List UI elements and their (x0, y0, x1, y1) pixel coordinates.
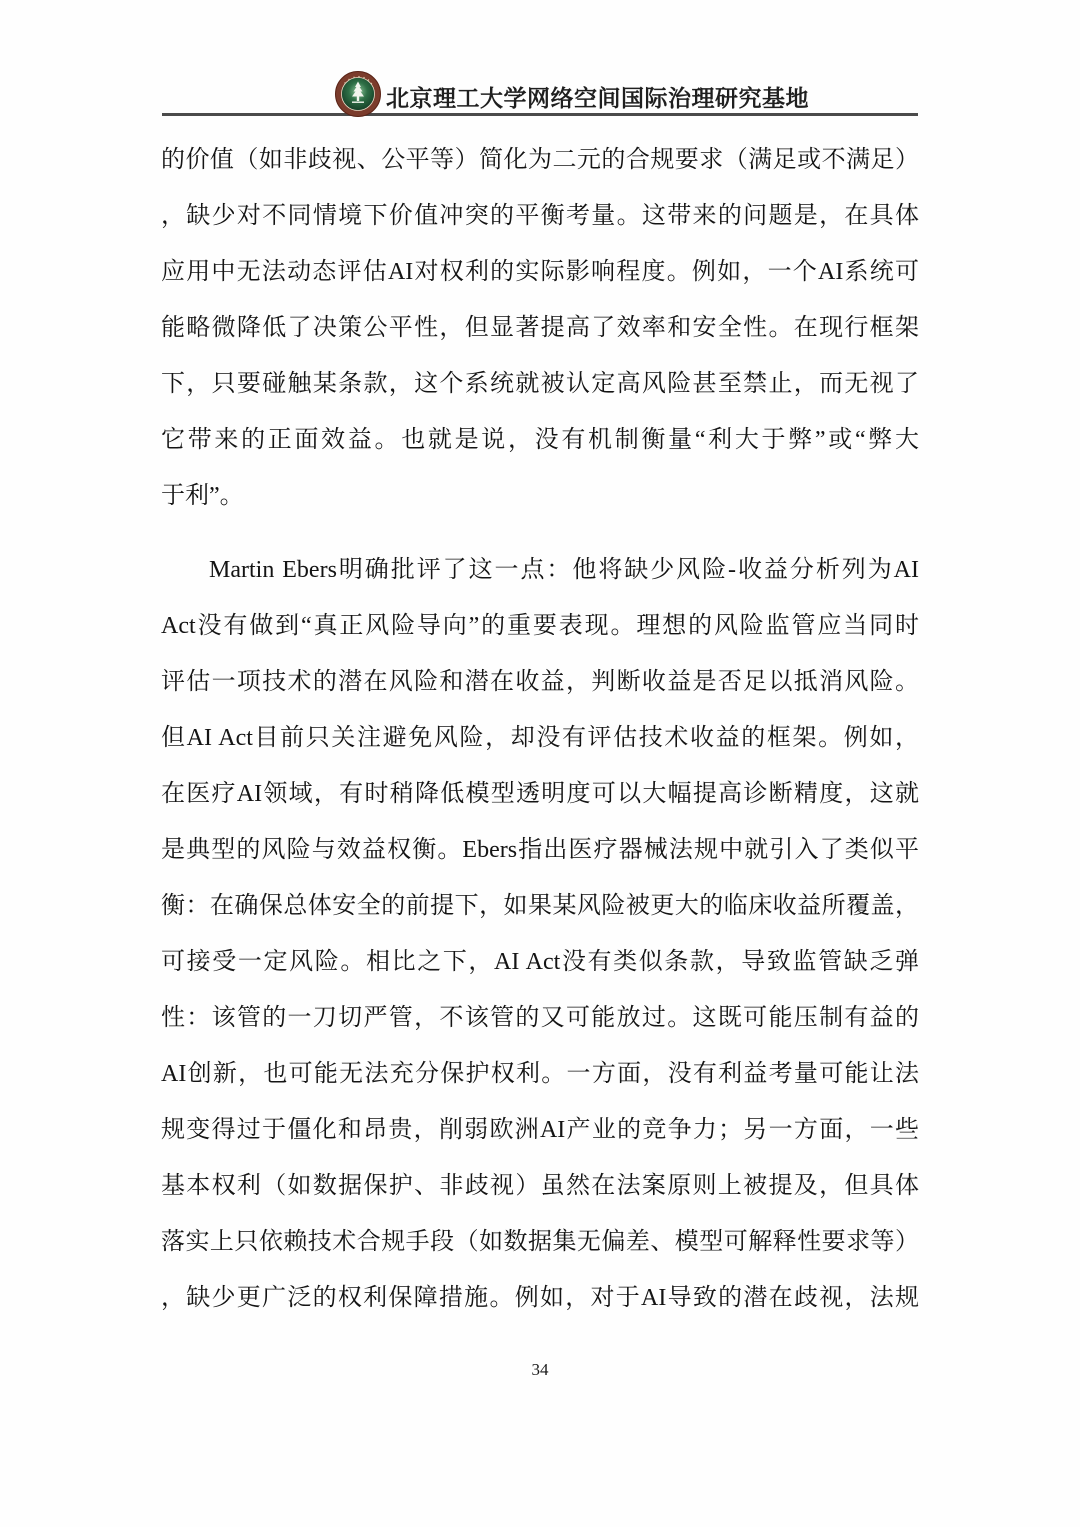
text-line: 它带来的正面效益。也就是说，没有机制衡量“利大于弊”或“弊大 (161, 412, 919, 468)
org-name-title: 北京理工大学网络空间国际治理研究基地 (386, 80, 809, 113)
text-line: 但AI Act目前只关注避免风险，却没有评估技术收益的框架。例如， (161, 710, 919, 766)
page-number: 34 (532, 1360, 549, 1379)
text-line: 衡：在确保总体安全的前提下，如果某风险被更大的临床收益所覆盖， (161, 878, 919, 934)
document-page: 北京理工大学网络空间国际治理研究基地 的价值（如非歧视、公平等）简化为二元的合规… (0, 0, 1080, 1527)
text-line: 规变得过于僵化和昂贵，削弱欧洲AI产业的竞争力；另一方面，一些 (161, 1102, 919, 1158)
text-line: AI创新，也可能无法充分保护权利。一方面，没有利益考量可能让法 (161, 1046, 919, 1102)
text-line: 落实上只依赖技术合规手段（如数据集无偏差、模型可解释性要求等） (161, 1214, 919, 1270)
page-footer: 34 (0, 1360, 1080, 1380)
text-line: Act没有做到“真正风险导向”的重要表现。理想的风险监管应当同时 (161, 598, 919, 654)
text-line: 于利”。 (161, 468, 919, 524)
header-divider (162, 113, 918, 116)
text-line: 能略微降低了决策公平性，但显著提高了效率和安全性。在现行框架 (161, 300, 919, 356)
university-emblem-icon (335, 71, 381, 117)
text-line: 可接受一定风险。相比之下，AI Act没有类似条款，导致监管缺乏弹 (161, 934, 919, 990)
paragraph-2: Martin Ebers明确批评了这一点：他将缺少风险-收益分析列为AI Act… (161, 542, 919, 1326)
text-line: Martin Ebers明确批评了这一点：他将缺少风险-收益分析列为AI (161, 542, 919, 598)
text-line: ，缺少对不同情境下价值冲突的平衡考量。这带来的问题是，在具体 (161, 188, 919, 244)
text-line: 的价值（如非歧视、公平等）简化为二元的合规要求（满足或不满足） (161, 132, 919, 188)
text-line: 基本权利（如数据保护、非歧视）虽然在法案原则上被提及，但具体 (161, 1158, 919, 1214)
text-line: 性：该管的一刀切严管，不该管的又可能放过。这既可能压制有益的 (161, 990, 919, 1046)
text-line: 在医疗AI领域，有时稍降低模型透明度可以大幅提高诊断精度，这就 (161, 766, 919, 822)
document-body: 的价值（如非歧视、公平等）简化为二元的合规要求（满足或不满足） ，缺少对不同情境… (161, 132, 919, 1326)
text-line: 下，只要碰触某条款，这个系统就被认定高风险甚至禁止，而无视了 (161, 356, 919, 412)
text-line: 应用中无法动态评估AI对权利的实际影响程度。例如，一个AI系统可 (161, 244, 919, 300)
text-line: 是典型的风险与效益权衡。Ebers指出医疗器械法规中就引入了类似平 (161, 822, 919, 878)
text-line: 评估一项技术的潜在风险和潜在收益，判断收益是否足以抵消风险。 (161, 654, 919, 710)
paragraph-1: 的价值（如非歧视、公平等）简化为二元的合规要求（满足或不满足） ，缺少对不同情境… (161, 132, 919, 524)
text-line: ，缺少更广泛的权利保障措施。例如，对于AI导致的潜在歧视，法规 (161, 1270, 919, 1326)
